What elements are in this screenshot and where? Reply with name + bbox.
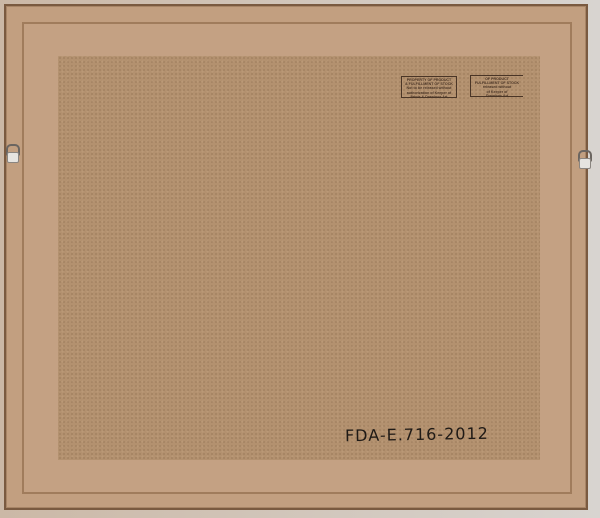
d-ring-hanger-icon [578, 150, 590, 168]
label-line: Drawings Art [473, 94, 521, 97]
backing-board [58, 56, 540, 460]
label-line: Prints & Drawings Art [404, 95, 454, 98]
label-line: Not to be released without [404, 86, 454, 90]
accession-number: FDA-E.716-2012 [345, 424, 489, 446]
collection-label-partial: OF PRODUCT FULFILLMENT OF STOCK released… [470, 75, 523, 97]
collection-label: PROPERTY OF PRODUCT & FULFILLMENT OF STO… [401, 76, 457, 98]
d-ring-hanger-icon [6, 144, 18, 162]
